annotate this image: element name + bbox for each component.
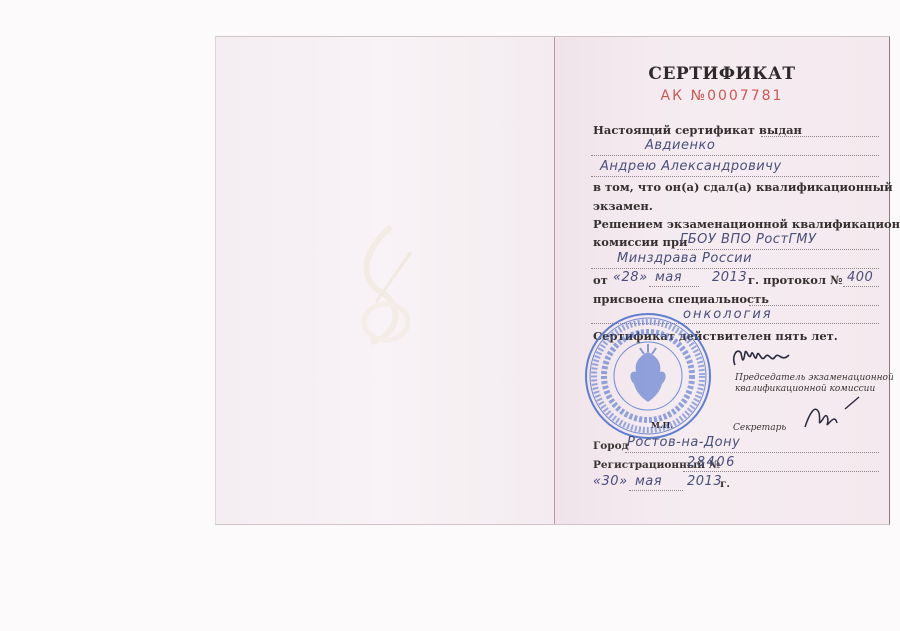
left-page	[216, 37, 554, 524]
exam-text-line1: в том, что он(а) сдал(а) квалификационны…	[593, 180, 893, 194]
right-page: СЕРТИФИКАТ АК №0007781 Настоящий сертифи…	[555, 37, 889, 524]
issue-month-line	[629, 490, 683, 491]
institution-line1-rule	[677, 249, 879, 250]
emblem-watermark-icon	[336, 207, 446, 357]
institution-line2-rule	[591, 268, 879, 269]
issue-month: мая	[635, 474, 662, 489]
specialty-label: присвоена специальность	[593, 292, 769, 306]
protocol-number: 400	[847, 270, 873, 285]
issue-day: «30»	[593, 474, 628, 489]
protocol-year: 2013	[712, 270, 747, 285]
institution-line2: Минздрава России	[617, 251, 752, 266]
secretary-signature-icon	[797, 393, 867, 433]
surname-line	[591, 155, 879, 156]
decision-text: Решением экзаменационной квалификационно…	[593, 217, 900, 231]
institution-line1: ГБОУ ВПО РостГМУ	[680, 232, 816, 247]
city-value: Ростов-на-Дону	[627, 435, 740, 450]
certificate-document: СЕРТИФИКАТ АК №0007781 Настоящий сертифи…	[215, 36, 890, 525]
city-label: Город	[593, 440, 629, 452]
issue-year-suffix: г.	[720, 478, 730, 490]
protocol-day: «28»	[613, 270, 648, 285]
commission-label: комиссии при	[593, 235, 688, 249]
certificate-title: СЕРТИФИКАТ	[555, 64, 889, 84]
protocol-month-line	[649, 286, 699, 287]
protocol-label: г. протокол №	[748, 273, 843, 287]
reg-number-line	[683, 471, 879, 472]
chairman-signature-icon	[727, 343, 797, 371]
name-line	[591, 176, 879, 177]
issued-to-label: Настоящий сертификат выдан	[593, 123, 802, 137]
issue-year: 2013	[687, 474, 722, 489]
protocol-month: мая	[655, 270, 682, 285]
official-seal-icon	[584, 312, 712, 440]
date-from-label: от	[593, 273, 608, 287]
holder-name-patronymic: Андрею Александровичу	[600, 159, 782, 174]
city-line	[625, 452, 879, 453]
exam-text-line2: экзамен.	[593, 199, 653, 213]
issued-to-line	[761, 136, 879, 137]
holder-surname: Авдиенко	[645, 138, 715, 153]
serial-number: АК №0007781	[555, 88, 889, 104]
secretary-label: Секретарь	[733, 423, 786, 433]
protocol-number-line	[843, 286, 879, 287]
chairman-label-line1: Председатель экзаменационной	[735, 373, 894, 383]
specialty-label-line	[749, 305, 879, 306]
reg-number-value: 28406	[687, 455, 736, 470]
